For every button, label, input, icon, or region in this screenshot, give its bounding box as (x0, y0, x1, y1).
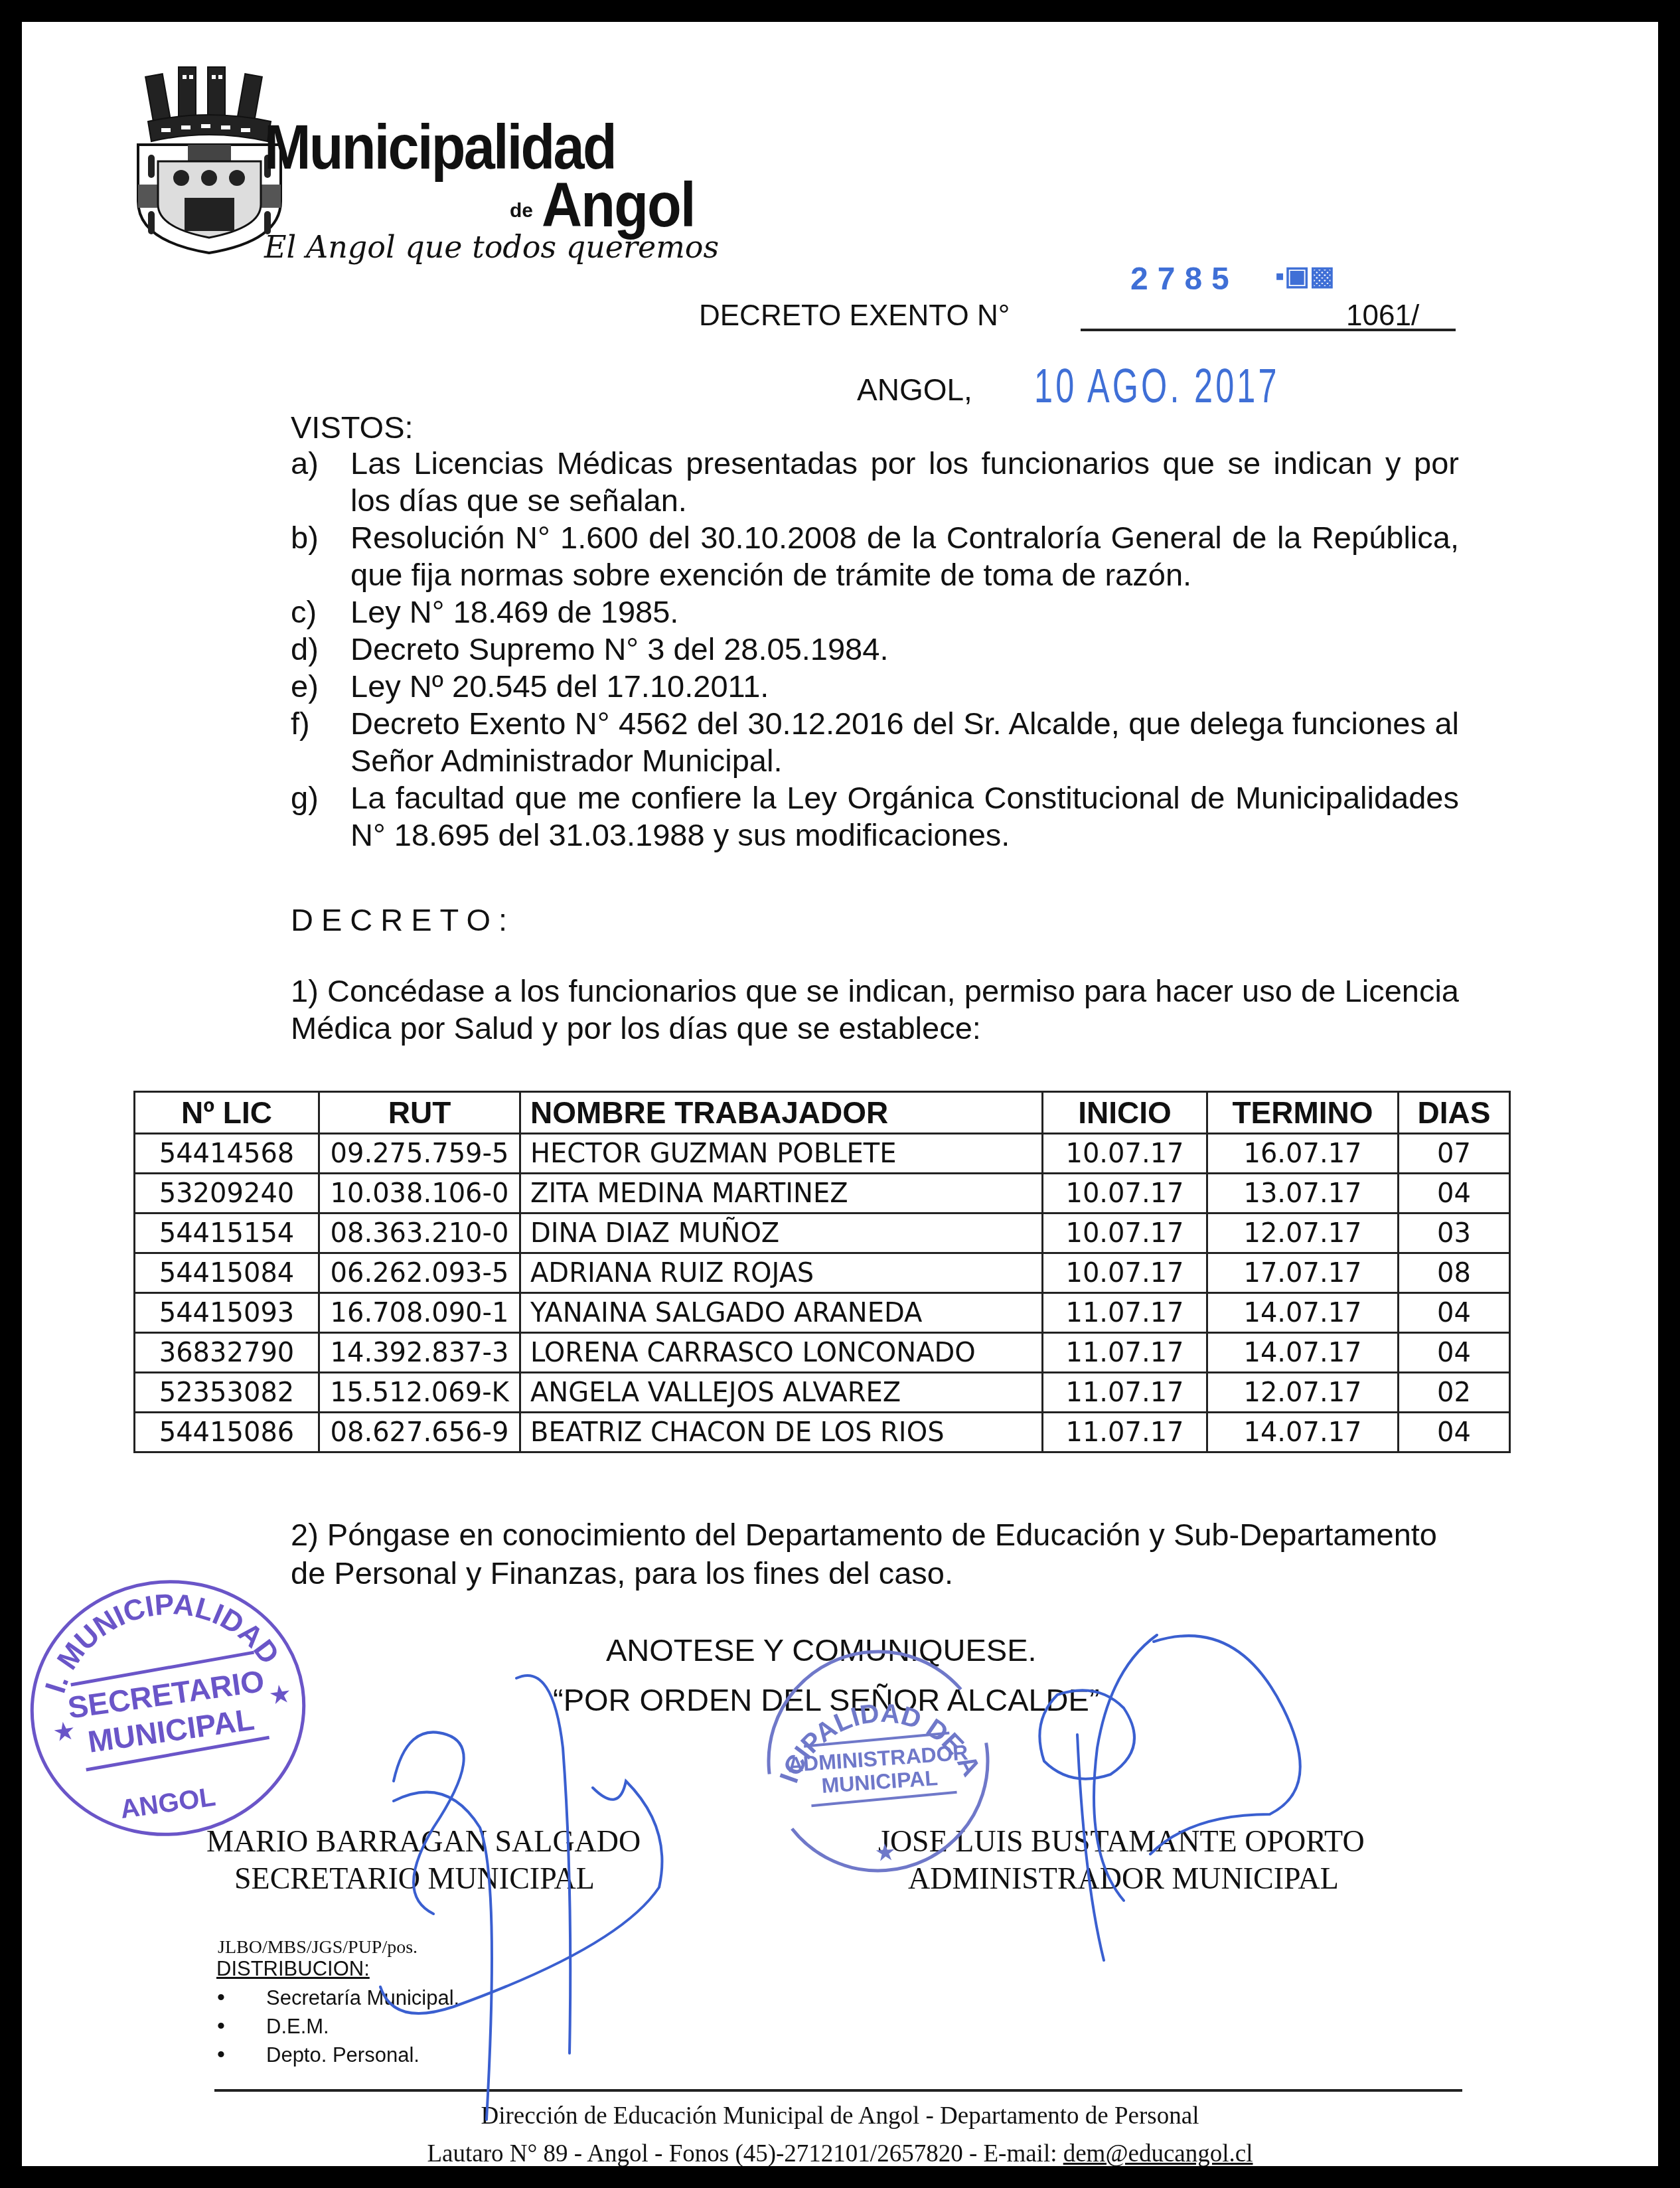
svg-text:★: ★ (52, 1718, 76, 1746)
handwritten-signature-2-icon (1039, 1635, 1300, 1960)
document-page: Municipalidad de Angol El Angol que todo… (22, 22, 1658, 2166)
svg-text:I. MUNICIPALIDAD DE ANGOL: I. MUNICIPALIDAD DE ANGOL (22, 22, 987, 1847)
administrador-stamp-icon: I. MUNICIPALIDAD DE ANGOL ADMINISTRADOR … (22, 22, 995, 1931)
svg-text:ANGOL: ANGOL (118, 1782, 217, 1825)
handwritten-signature-1-icon (380, 1676, 662, 2120)
secretario-stamp-icon: I. MUNICIPALIDAD SECRETARIO MUNICIPAL ★ … (22, 1564, 320, 1851)
svg-text:★: ★ (268, 1681, 291, 1709)
svg-text:★: ★ (874, 1839, 897, 1867)
stamps-and-signatures-overlay: I. MUNICIPALIDAD SECRETARIO MUNICIPAL ★ … (22, 22, 1658, 2166)
